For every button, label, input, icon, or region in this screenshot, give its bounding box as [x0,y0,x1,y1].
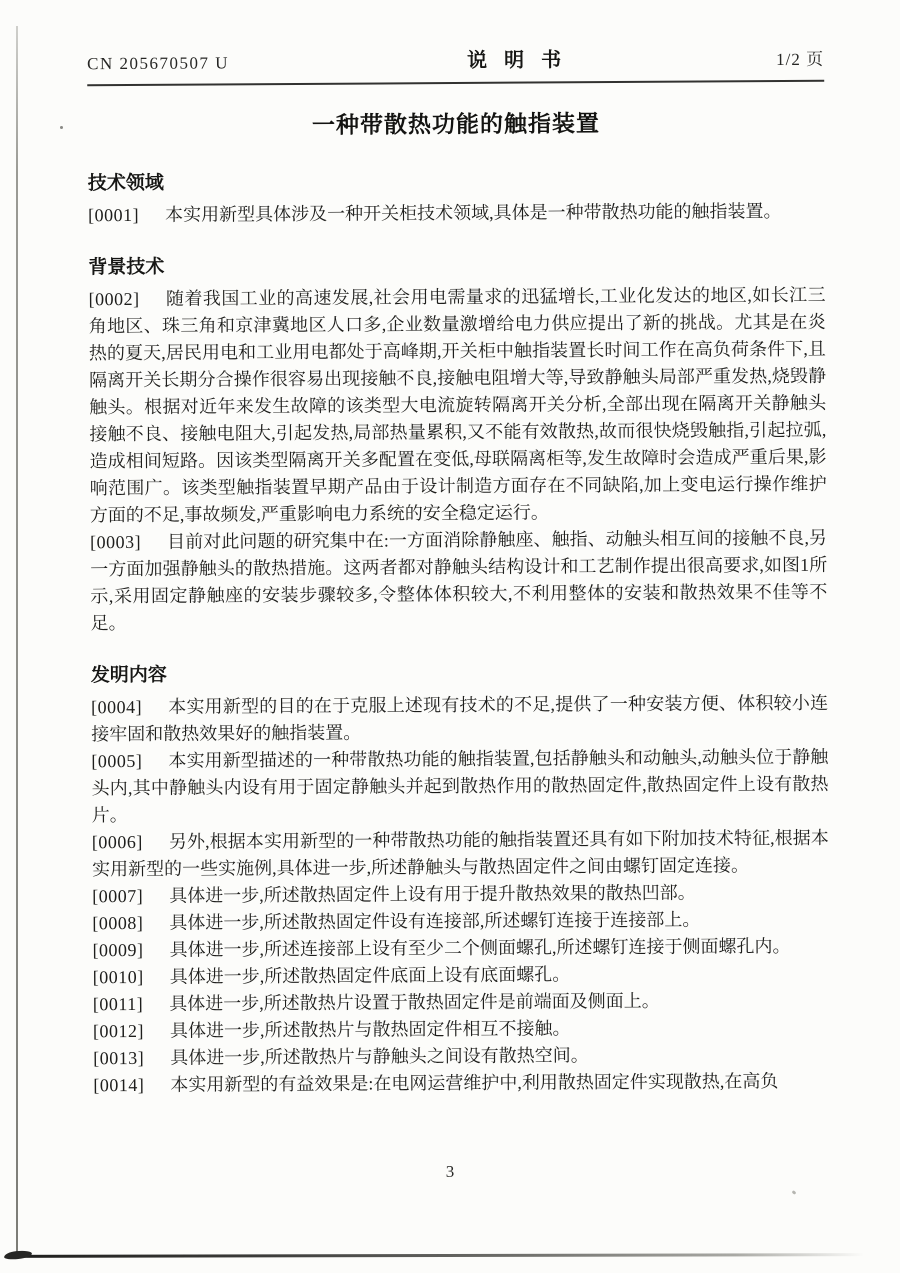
paragraph-0001: [0001]本实用新型具体涉及一种开关柜技术领域,具体是一种带散热功能的触指装置… [88,198,825,230]
paragraph-number: [0002] [88,289,139,309]
paragraph-text: 具体进一步,所述散热固定件上设有用于提升散热效果的散热凹部。 [169,883,696,906]
paragraph-text: 目前对此问题的研究集中在:一方面消除静触座、触指、动触头相互间的接触不良,另一方… [90,528,827,634]
paragraph-0014: [0014]本实用新型的有益效果是:在电网运营维护中,利用散热固定件实现散热,在… [93,1068,830,1100]
page-indicator: 1/2 页 [776,45,824,70]
scan-artifact-corner-blob [4,1250,33,1261]
paragraph-number: [0004] [91,697,142,717]
paragraph-number: [0001] [88,205,139,225]
scan-artifact-left-edge-line [16,26,18,1256]
page-content: CN 205670507 U 说明书 1/2 页 一种带散热功能的触指装置 技术… [87,42,830,1099]
paragraph-number: [0010] [93,967,144,987]
paragraph-number: [0008] [92,913,143,933]
paragraph-text: 本实用新型具体涉及一种开关柜技术领域,具体是一种带散热功能的触指装置。 [165,201,782,225]
paragraph-text: 本实用新型描述的一种带散热功能的触指装置,包括静触头和动触头,动触头位于静触头内… [91,747,828,826]
paragraph-number: [0012] [93,1021,144,1041]
scan-artifact-bottom-edge-line [6,1253,864,1258]
paragraph-text: 本实用新型的目的在于克服上述现有技术的不足,提供了一种安装方便、体积较小连接牢固… [91,693,828,745]
section-heading-background-art: 背景技术 [88,250,825,282]
paragraph-number: [0005] [91,751,142,771]
paragraph-number: [0011] [93,994,143,1014]
paragraph-0002: [0002]随着我国工业的高速发展,社会用电需量求的迅猛增长,工业化发达的地区,… [88,282,826,529]
patent-number: CN 205670507 U [87,53,229,74]
patent-specification-page: CN 205670507 U 说明书 1/2 页 一种带散热功能的触指装置 技术… [0,0,900,1273]
paragraph-0005: [0005]本实用新型描述的一种带散热功能的触指装置,包括静触头和动触头,动触头… [91,744,828,830]
paragraph-0009: [0009]具体进一步,所述连接部上设有至少二个侧面螺孔,所述螺钉连接于侧面螺孔… [92,933,829,965]
paragraph-text: 具体进一步,所述连接部上设有至少二个侧面螺孔,所述螺钉连接于侧面螺孔内。 [169,936,790,960]
paragraph-text: 具体进一步,所述散热片与静触头之间设有散热空间。 [170,1045,589,1068]
paragraph-number: [0014] [93,1075,144,1095]
paragraph-text: 具体进一步,所述散热固定件设有连接部,所述螺钉连接于连接部上。 [169,910,700,933]
paragraph-text: 本实用新型的有益效果是:在电网运营维护中,利用散热固定件实现散热,在高负 [170,1071,778,1095]
paragraph-text: 随着我国工业的高速发展,社会用电需量求的迅猛增长,工业化发达的地区,如长江三角地… [89,285,827,525]
page-number: 3 [0,1162,900,1182]
paragraph-0004: [0004]本实用新型的目的在于克服上述现有技术的不足,提供了一种安装方便、体积… [91,690,828,749]
paragraph-number: [0013] [93,1048,144,1068]
paragraph-number: [0003] [90,532,141,552]
document-type-label: 说明书 [467,43,578,73]
scan-artifact-speck [792,1190,797,1195]
section-heading-technical-field: 技术领域 [88,166,825,198]
paragraph-0003: [0003]目前对此问题的研究集中在:一方面消除静触座、触指、动触头相互间的接触… [90,525,828,638]
invention-title: 一种带散热功能的触指装置 [87,104,824,142]
paragraph-number: [0007] [92,886,143,906]
paragraph-text: 具体进一步,所述散热片与散热固定件相互不接触。 [170,1018,571,1040]
paragraph-text: 具体进一步,所述散热片设置于散热固定件是前端面及侧面上。 [169,991,660,1014]
paragraph-text: 具体进一步,所述散热固定件底面上设有底面螺孔。 [170,964,571,986]
scan-artifact-speck [60,126,63,129]
paragraph-number: [0009] [92,940,143,960]
paragraph-0006: [0006]另外,根据本实用新型的一种带散热功能的触指装置还具有如下附加技术特征… [92,825,829,884]
paragraph-number: [0006] [92,832,143,852]
paragraph-text: 另外,根据本实用新型的一种带散热功能的触指装置还具有如下附加技术特征,根据本实用… [92,828,829,880]
section-heading-summary-of-invention: 发明内容 [91,658,828,690]
document-header: CN 205670507 U 说明书 1/2 页 [87,42,824,87]
